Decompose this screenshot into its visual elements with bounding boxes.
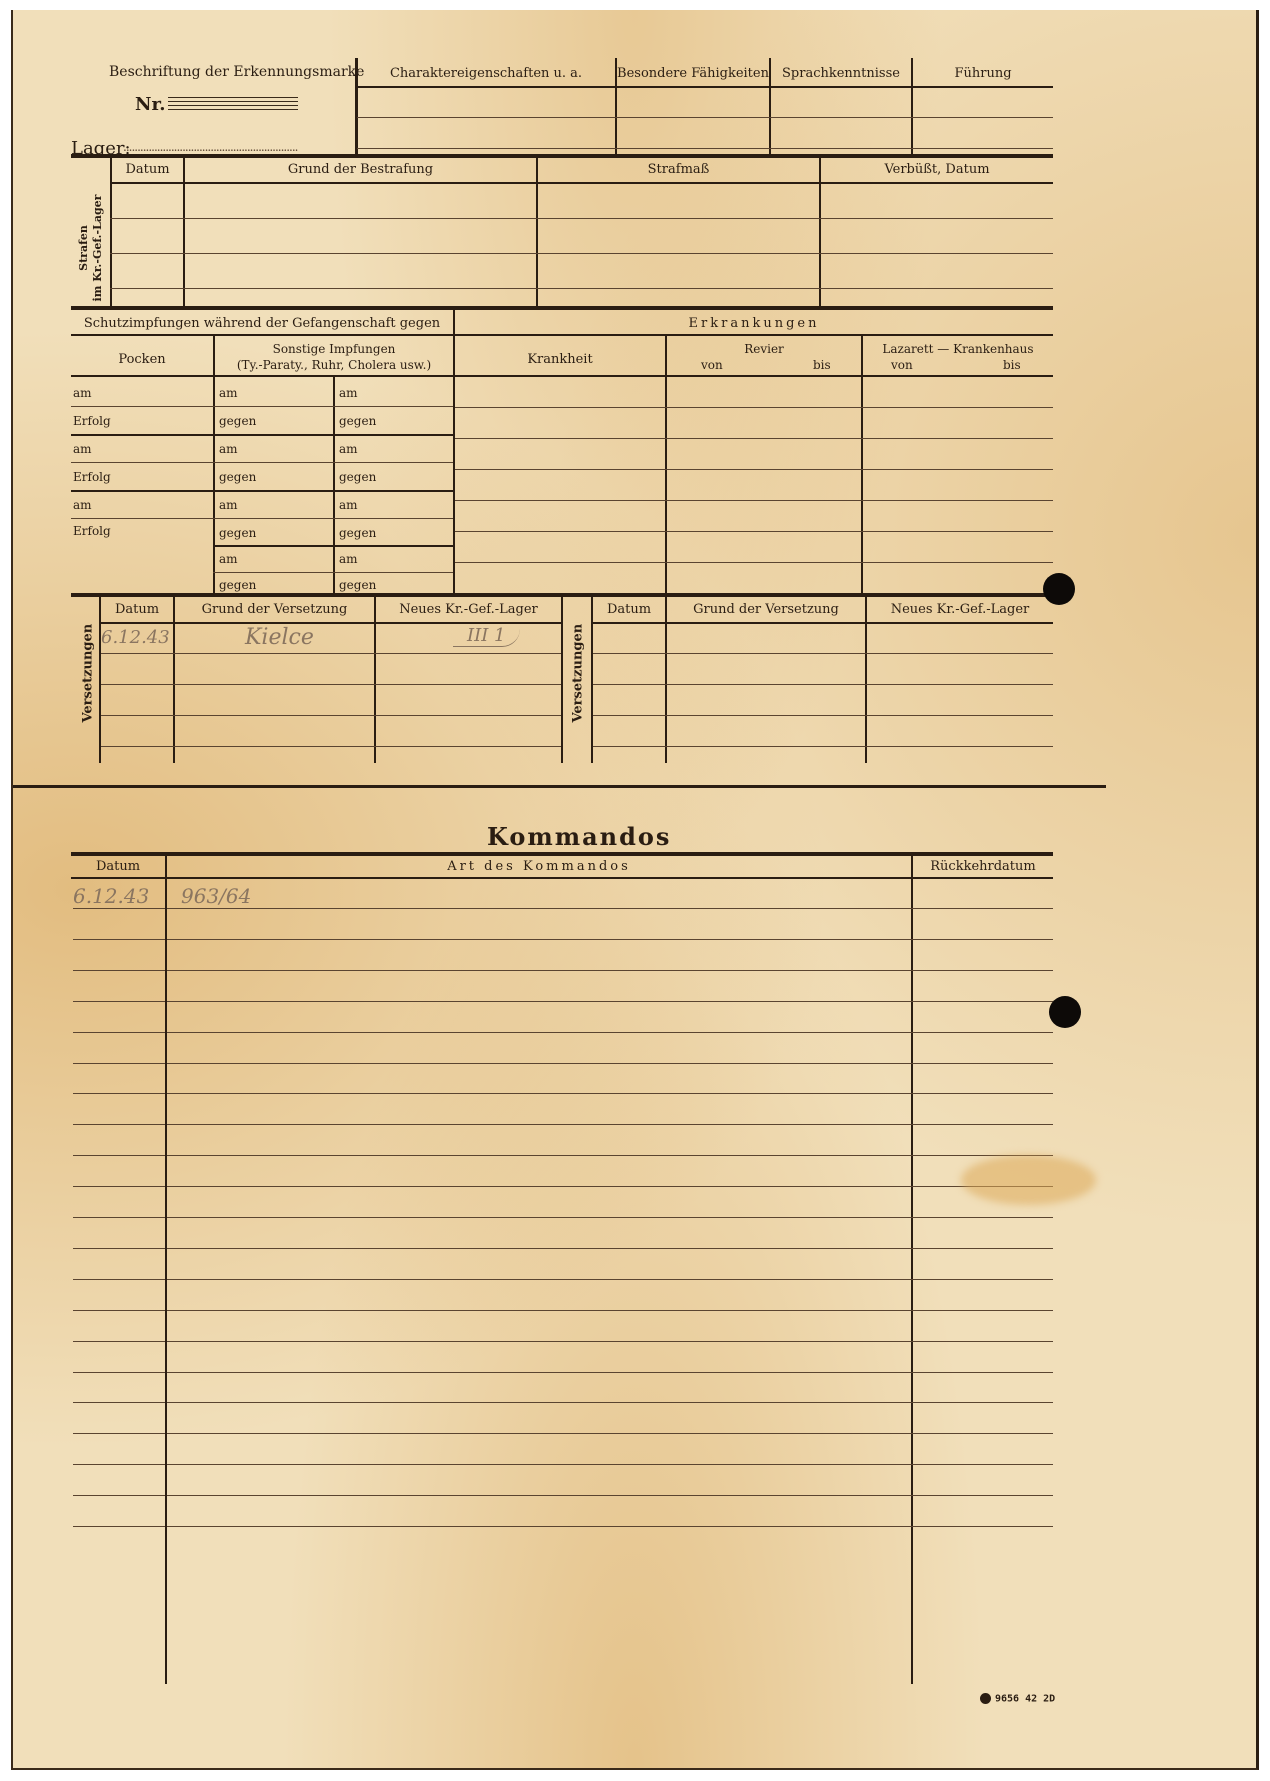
divider (167, 970, 1053, 971)
divider (73, 1001, 165, 1002)
divider (71, 375, 1053, 377)
sonstige-am-1b: am (339, 386, 358, 400)
divider (73, 1464, 165, 1465)
punch-hole (1049, 996, 1081, 1028)
divider (71, 877, 1053, 879)
versetzung-col-datum-l: Datum (101, 602, 173, 617)
versetzung-grund-1[interactable]: Kielce (245, 625, 314, 650)
strafen-col-datum: Datum (112, 162, 183, 177)
divider (73, 970, 165, 971)
strafen-col-grund: Grund der Bestrafung (185, 162, 536, 177)
divider (455, 407, 1053, 408)
strafen-side-label: Strafen im Kr.-Gef.-Lager (73, 178, 109, 308)
divider (167, 1279, 1053, 1280)
divider (167, 1402, 1053, 1403)
divider (173, 595, 175, 763)
versetzung-lager-1[interactable]: III 1 (453, 625, 520, 647)
versetzung-col-lager-r: Neues Kr.-Gef.-Lager (867, 602, 1053, 617)
divider (455, 562, 1053, 563)
divider (167, 1464, 1053, 1465)
divider (167, 1248, 1053, 1249)
versetzungen-side-label-left: Versetzungen (81, 633, 96, 723)
sonstige-gegen-2a: gegen (219, 470, 256, 484)
versetzung-col-datum-r: Datum (593, 602, 665, 617)
divider (73, 1495, 165, 1496)
divider (71, 406, 453, 407)
versetzung-datum-1[interactable]: 6.12.43 (101, 627, 170, 648)
print-code-text: 9656 42 2D (995, 1694, 1055, 1705)
prisoner-record-card: Beschriftung der Erkennungsmarke Nr. Lag… (11, 10, 1259, 1770)
divider (167, 1526, 1053, 1527)
divider (374, 595, 376, 763)
divider (536, 156, 538, 308)
divider (591, 622, 1053, 624)
divider (99, 595, 101, 763)
divider (71, 462, 453, 463)
sonstige-gegen-4b: gegen (339, 578, 376, 592)
col-charakter: Charaktereigenschaften u. a. (358, 66, 614, 81)
divider (333, 376, 335, 594)
divider (165, 854, 167, 1684)
sonstige-label-1: Sonstige Impfungen (215, 342, 453, 356)
divider (73, 1063, 165, 1064)
divider (101, 684, 561, 685)
divider (99, 622, 561, 624)
kommandos-col-datum: Datum (71, 859, 165, 874)
sonstige-am-4a: am (219, 552, 238, 566)
tag-label: Beschriftung der Erkennungsmarke (109, 64, 364, 80)
col-faehigkeiten: Besondere Fähigkeiten (617, 66, 769, 81)
divider (455, 531, 1053, 532)
divider (101, 653, 561, 654)
divider (865, 595, 867, 763)
divider (357, 86, 1053, 88)
divider (73, 1341, 165, 1342)
divider (593, 684, 1053, 685)
divider (167, 1495, 1053, 1496)
versetzungen-side-label-right: Versetzungen (571, 633, 586, 723)
divider (455, 438, 1053, 439)
divider (73, 1279, 165, 1280)
divider (591, 595, 593, 763)
divider (110, 288, 1053, 289)
divider (73, 1155, 165, 1156)
kommandos-title: Kommandos (487, 822, 671, 851)
pocken-am-3: am (73, 498, 92, 512)
divider (593, 715, 1053, 716)
sonstige-gegen-4a: gegen (219, 578, 256, 592)
divider (167, 1186, 1053, 1187)
divider (167, 1433, 1053, 1434)
divider (73, 908, 165, 909)
divider (167, 1032, 1053, 1033)
lager-field[interactable]: ........................................… (123, 140, 298, 154)
versetzung-col-lager-l: Neues Kr.-Gef.-Lager (376, 602, 561, 617)
divider (73, 1372, 165, 1373)
divider (101, 746, 561, 747)
fold-line (13, 785, 1106, 788)
divider (213, 572, 453, 573)
sonstige-gegen-3b: gegen (339, 526, 376, 540)
divider (110, 182, 1053, 184)
paper-stain (961, 1155, 1096, 1205)
kommandos-col-rueckkehr: Rückkehrdatum (913, 859, 1053, 874)
seal-icon (980, 1693, 991, 1704)
revier-von: von (701, 358, 723, 372)
pocken-am-2: am (73, 442, 92, 456)
divider (73, 1124, 165, 1125)
divider (71, 334, 1053, 336)
divider (357, 117, 1053, 118)
pocken-erfolg-1: Erfolg (73, 414, 111, 428)
divider (110, 253, 1053, 254)
kommando-art-1[interactable]: 963/64 (181, 884, 251, 908)
divider (167, 908, 1053, 909)
strafen-col-strafmass: Strafmaß (538, 162, 819, 177)
punch-hole (1043, 573, 1075, 605)
divider (73, 1402, 165, 1403)
divider (593, 653, 1053, 654)
divider (73, 1310, 165, 1311)
divider (167, 1155, 1053, 1156)
divider (71, 518, 453, 519)
strafen-label-line1: Strafen (77, 180, 91, 316)
divider (665, 595, 667, 763)
divider (101, 715, 561, 716)
divider (455, 500, 1053, 501)
pocken-erfolg-3: Erfolg (73, 524, 111, 538)
divider (110, 218, 1053, 219)
pocken-am-1: am (73, 386, 92, 400)
divider (167, 1217, 1053, 1218)
divider (110, 156, 112, 308)
divider (213, 545, 453, 547)
lazarett-label: Lazarett — Krankenhaus (863, 342, 1053, 356)
sonstige-am-1a: am (219, 386, 238, 400)
sonstige-gegen-2b: gegen (339, 470, 376, 484)
strafen-col-verbuesst: Verbüßt, Datum (821, 162, 1053, 177)
divider (911, 854, 913, 1684)
divider (71, 306, 1053, 310)
sonstige-am-3b: am (339, 498, 358, 512)
divider (593, 746, 1053, 747)
krankheit-label: Krankheit (455, 352, 665, 367)
versetzung-col-grund-r: Grund der Versetzung (667, 602, 865, 617)
divider (167, 1124, 1053, 1125)
sonstige-am-2a: am (219, 442, 238, 456)
versetzung-col-grund-l: Grund der Versetzung (175, 602, 374, 617)
divider (73, 1217, 165, 1218)
divider (73, 939, 165, 940)
divider (167, 1001, 1053, 1002)
sonstige-am-2b: am (339, 442, 358, 456)
divider (167, 1372, 1053, 1373)
impfungen-title: Schutzimpfungen während der Gefangenscha… (71, 316, 453, 331)
col-fuehrung: Führung (913, 66, 1053, 81)
divider (71, 490, 453, 492)
strafen-label-line2: im Kr.-Gef.-Lager (91, 180, 105, 316)
divider (561, 595, 563, 763)
kommandos-col-art: Art des Kommandos (167, 859, 911, 874)
lazarett-von: von (891, 358, 913, 372)
lazarett-bis: bis (1003, 358, 1021, 372)
divider (455, 469, 1053, 470)
nr-label: Nr. (135, 94, 166, 115)
divider (183, 156, 185, 308)
divider (73, 1093, 165, 1094)
sonstige-am-3a: am (219, 498, 238, 512)
divider (71, 852, 1053, 856)
divider (357, 148, 1053, 149)
revier-label: Revier (667, 342, 861, 356)
print-code: 9656 42 2D (980, 1693, 1055, 1705)
divider (819, 156, 821, 308)
divider (167, 1063, 1053, 1064)
sonstige-label-2: (Ty.-Paraty., Ruhr, Cholera usw.) (215, 358, 453, 372)
pocken-label: Pocken (71, 352, 213, 367)
divider (71, 434, 453, 436)
sonstige-gegen-3a: gegen (219, 526, 256, 540)
divider (167, 1341, 1053, 1342)
pocken-erfolg-2: Erfolg (73, 470, 111, 484)
divider (167, 1093, 1053, 1094)
divider (71, 154, 1053, 158)
divider (73, 1526, 165, 1527)
nr-field[interactable] (168, 97, 298, 110)
erkrankungen-title: Erkrankungen (455, 316, 1053, 331)
divider (73, 1032, 165, 1033)
divider (73, 1433, 165, 1434)
revier-bis: bis (813, 358, 831, 372)
divider (453, 308, 455, 594)
kommando-datum-1[interactable]: 6.12.43 (73, 884, 149, 908)
sonstige-gegen-1a: gegen (219, 414, 256, 428)
sonstige-gegen-1b: gegen (339, 414, 376, 428)
divider (167, 939, 1053, 940)
divider (73, 1248, 165, 1249)
col-sprachkenntnisse: Sprachkenntnisse (771, 66, 911, 81)
sonstige-am-4b: am (339, 552, 358, 566)
divider (167, 1310, 1053, 1311)
divider (73, 1186, 165, 1187)
